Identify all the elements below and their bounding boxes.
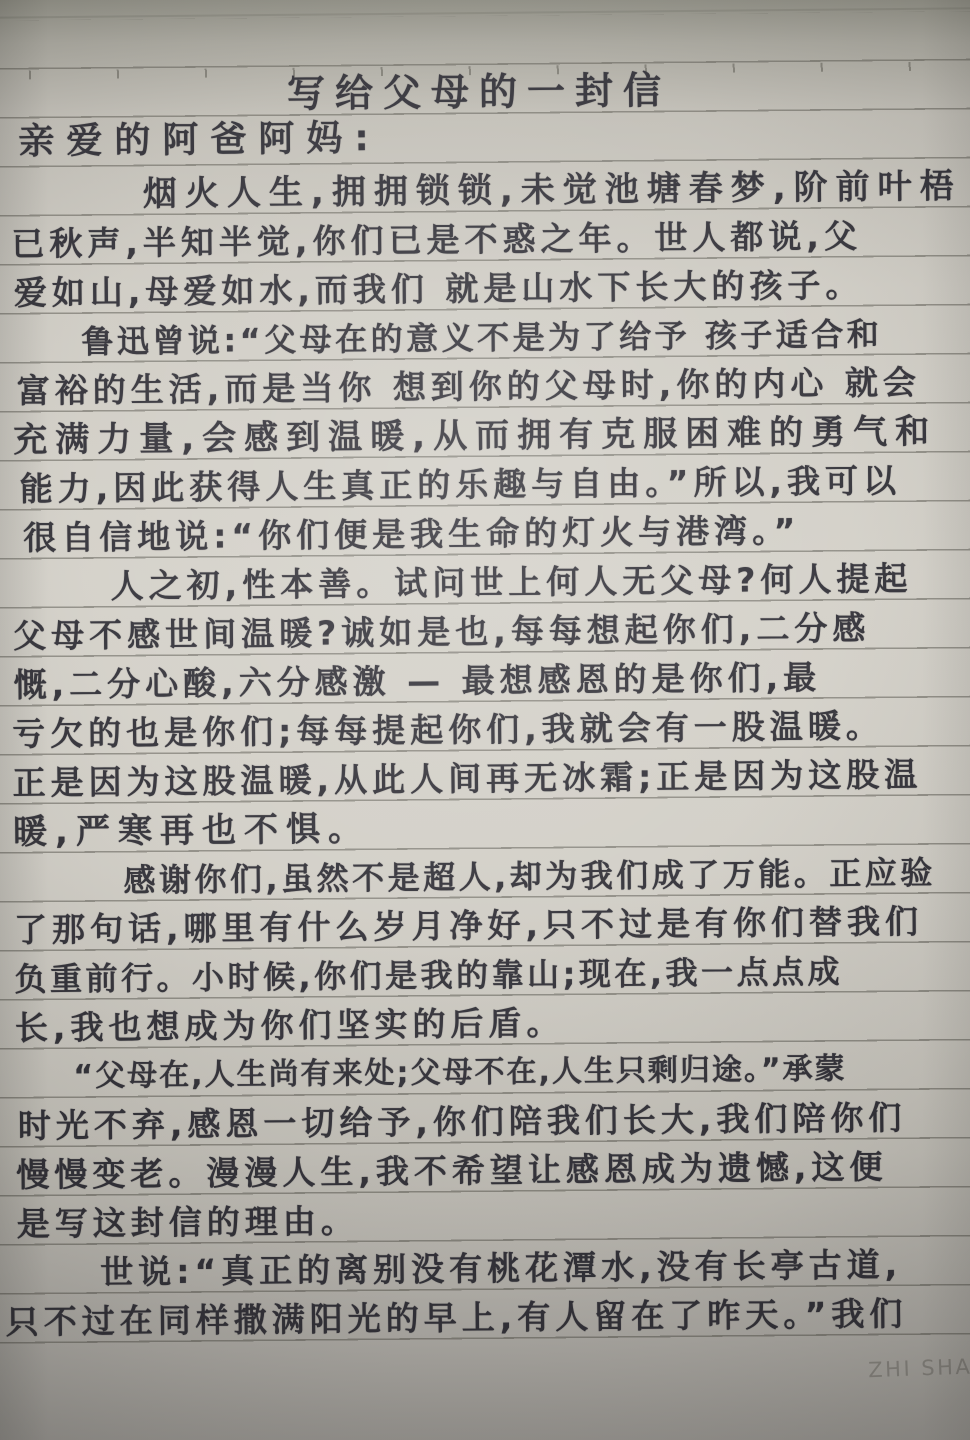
paper-sheet: 写给父母的一封信 亲爱的阿爸阿妈: 烟火人生,拥拥锁锁,未觉池塘春梦,阶前叶梧 …: [0, 0, 970, 1440]
handwritten-line: 爱如山,母爱如水,而我们 就是山水下长大的孩子。: [14, 263, 864, 315]
handwritten-line: 人之初,性本善。试问世上何人无父母?何人提起: [110, 557, 912, 609]
handwritten-line: 负重前行。小时候,你们是我的靠山;现在,我一点点成: [14, 950, 843, 1002]
handwritten-line: 富裕的生活,而是当你 想到你的父母时,你的内心 就会: [17, 361, 921, 414]
handwritten-line: 父母不感世间温暖?诚如是也,每每想起你们,二分感: [13, 606, 871, 658]
letter-title: 写给父母的一封信: [0, 65, 964, 118]
handwritten-line: “父母在,人生尚有来处;父母不在,人生只剩归途。”承蒙: [73, 1048, 847, 1099]
handwritten-line: 感谢你们,虽然不是超人,却为我们成了万能。正应验: [123, 851, 936, 903]
handwritten-line: 只不过在同样撒满阳光的早上,有人留在了昨天。”我们: [6, 1292, 908, 1345]
handwritten-line: 亏欠的也是你们;每每提起你们,我就会有一股温暖。: [12, 704, 884, 756]
handwritten-line: 长,我也想成为你们坚实的后盾。: [15, 1001, 565, 1050]
handwritten-line: 慢慢变老。漫漫人生,我不希望让感恩成为遗憾,这便: [16, 1145, 887, 1197]
handwritten-line: 鲁迅曾说:“父母在的意义不是为了给予 孩子适合和: [81, 312, 882, 364]
handwritten-line: 慨,二分心酸,六分感激 — 最想感恩的是你们,最: [13, 656, 821, 708]
handwritten-line: 世说:“真正的离别没有桃花潭水,没有长亭古道,: [100, 1243, 902, 1295]
handwritten-line: 已秋声,半知半觉,你们已是不惑之年。世人都说,父: [11, 214, 862, 266]
handwritten-line: 充满力量,会感到温暖,从而拥有克服困难的勇气和: [13, 410, 937, 463]
handwritten-line: 很自信地说:“你们便是我生命的灯火与港湾。”: [23, 509, 800, 560]
handwritten-line: 烟火人生,拥拥锁锁,未觉池塘春梦,阶前叶梧: [143, 164, 962, 216]
handwritten-line: 暖,严寒再也不惧。: [13, 807, 370, 854]
handwritten-line: 了那句话,哪里有什么岁月净好,只不过是有你们替我们: [14, 900, 923, 953]
watermark-text: ZHI SHANG: [868, 1353, 970, 1382]
letter-salutation: 亲爱的阿爸阿妈:: [18, 117, 381, 164]
handwritten-line: 能力,因此获得人生真正的乐趣与自由。”所以,我可以: [20, 459, 902, 511]
handwritten-line: 是写这封信的理由。: [17, 1199, 359, 1246]
handwritten-line: 时光不弃,感恩一切给予,你们陪我们长大,我们陪你们: [18, 1096, 907, 1149]
handwritten-line: 正是因为这股温暖,从此人间再无冰霜;正是因为这股温: [12, 753, 922, 806]
letter-photo: 写给父母的一封信 亲爱的阿爸阿妈: 烟火人生,拥拥锁锁,未觉池塘春梦,阶前叶梧 …: [0, 0, 970, 1440]
